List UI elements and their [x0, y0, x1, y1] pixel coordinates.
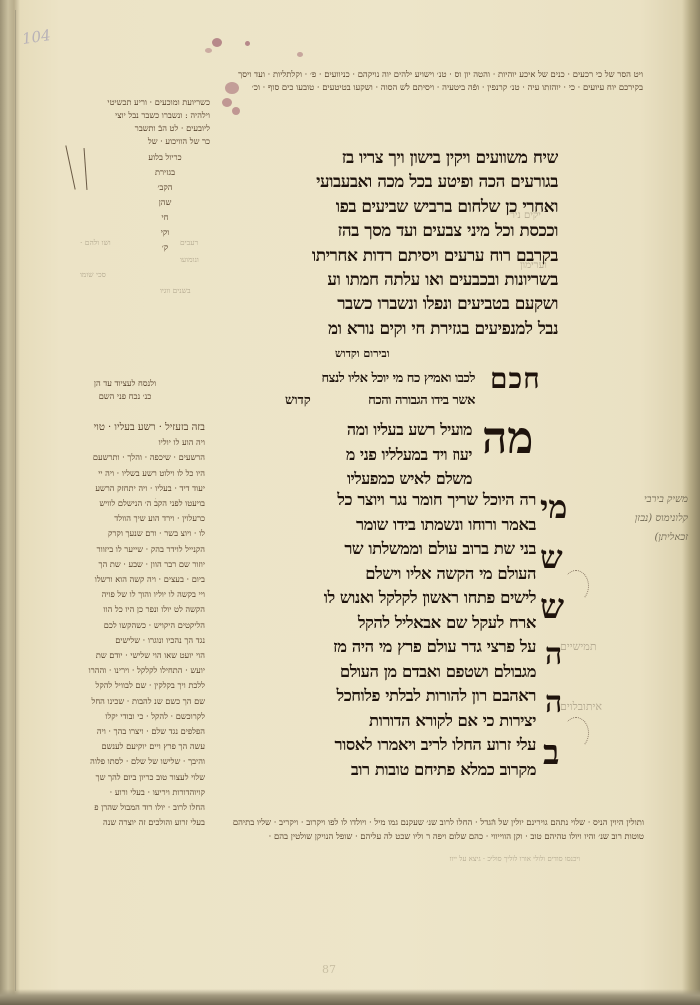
ink-stain — [222, 98, 232, 107]
commentary-line: בקירכם יוח עיועים · כי · יוהזתו עיה · טנ… — [78, 81, 643, 94]
left-commentary-mid: ולנסח לעציוד עד הן כנ׳ נכח פני השם — [60, 377, 190, 403]
main-text-line: שיח משוועים ויקין בישון ויך צריו בז — [258, 146, 558, 170]
main-text-end-word: קדוש — [285, 392, 311, 408]
main-text-line: בני שת ברוב עולם וממשלתו שר — [258, 537, 536, 562]
commentary-line: החלו לרוב · יולו רוד המבול שהרן פ — [70, 800, 205, 815]
commentary-line: בויעטו לפני הקבׄ ה׳ הנישלם לוויש — [70, 496, 205, 511]
funnel-line: בגזירת — [120, 165, 210, 180]
ink-stain — [212, 38, 222, 47]
commentary-line: הרשעים · שיכפה · והלך · ותרשעם — [70, 450, 205, 465]
main-text-line: על פרצי גדר עולם פרץ מי היה מז — [258, 635, 536, 660]
commentary-line: לקרוכשם · להקל · כי ובודי יקלו — [70, 709, 205, 724]
commentary-line: והיבך · שלישו של שלם · לסתו פלוה — [70, 754, 205, 769]
initial-word: חכם — [490, 362, 541, 396]
commentary-line: ויט הסר של כי רכעים · כנים של איכע יוהיו… — [78, 68, 643, 81]
initial-letter: ה — [545, 685, 562, 720]
marginal-flourish — [563, 570, 589, 602]
main-text-line: יעוז ויד במעלליו פני מ — [262, 443, 472, 468]
main-text-line: העולם מי הקשה אליו וישלם — [258, 562, 536, 587]
pencil-mark — [65, 145, 75, 189]
main-text-section-3: מועיל רשע בעליו ומה יעוז ויד במעלליו פני… — [262, 418, 472, 492]
commentary-line: הוי יועט שאו הוי שלישי · יודם שת — [70, 648, 205, 663]
main-text-line: יצירות כי אם לקורא הדורות — [258, 709, 536, 734]
main-text-line: בקרבם רוח ערעים ויסיתם רדות אחריתו — [258, 244, 558, 268]
bleed-through-text: ויכנסו סודים ולולי אורו לוליך סוליכ · גי… — [100, 855, 580, 863]
left-commentary-top: כשריועת ומוכעים · וריע תכשיטי וילהיה : ו… — [60, 96, 210, 148]
commentary-line: ויי בקשה לו יוליו והוך לו של פויה — [70, 587, 205, 602]
commentary-line: הקנייל לוידר בהק · שייער לו ביזוור — [70, 542, 205, 557]
main-text-line: בשריונות ובכבעים ואו עלתה חמתו וע — [258, 268, 558, 292]
commentary-line: טוטות רוב שנ׳ והיו ויולו טהיהם טוב · וקן… — [64, 829, 644, 843]
ink-stain — [245, 41, 250, 46]
bleed-through-text: ונומועו — [180, 255, 199, 264]
commentary-line: וילהיה : ונשברו כשבר נבל יוצי — [60, 109, 210, 122]
main-text-line: עלי זרוע החלו לריב ויאמרו לאסור — [258, 733, 536, 758]
manuscript-page: 104 ויט הסר של כי רכעים · כנים של איכע י… — [0, 0, 700, 1005]
commentary-line: נגד הך נהכיו ונוגרו · שלישים — [70, 633, 205, 648]
initial-letter: ב — [543, 733, 559, 773]
main-text-section-4: רה היוכל שריך חומר נגר ויוצר כל באמר ורו… — [258, 488, 536, 782]
page-edge-line — [15, 10, 16, 991]
main-text-line: לכבו ואמיץ כח מי יוכל אליו לנצח — [285, 368, 475, 390]
commentary-line: ותולין היוין הניס · שלוי נתהם גוירינם יו… — [64, 815, 644, 829]
funnel-line: הקב׳ — [120, 180, 210, 195]
funnel-line: שהן — [120, 195, 210, 210]
commentary-line: קויוהדורות ויריעו · בעלי ורוע · — [70, 785, 205, 800]
commentary-line: יועש · התחילו לקלקל · וירינו · וההרו — [70, 663, 205, 678]
main-text-line: ושקעם בטביעים ונפלו ונשברו כשבר — [258, 292, 558, 316]
main-text-line: אשר בידו הגבורה והכח — [325, 390, 475, 412]
commentary-line: ולנסח לעציוד עד הן — [60, 377, 190, 390]
main-text-line: מקרוב כמלא פתיחם טובות רוב — [258, 758, 536, 783]
main-text-line: רה היוכל שריך חומר נגר ויוצר כל — [258, 488, 536, 513]
main-text-centered-line: ובירום וקדוש — [335, 347, 390, 360]
main-text-line: נבל למנפיעים בגזירת חי וקים נורא ומ — [258, 317, 558, 341]
folio-number: 104 — [21, 26, 52, 48]
bleed-through-text: סכי שומו — [80, 270, 106, 279]
bleed-through-text: בשנים ווגיו — [160, 286, 191, 295]
main-text-line: מועיל רשע בעליו ומה — [262, 418, 472, 443]
commentary-line: כנ׳ נכח פני השם — [60, 390, 190, 403]
initial-letter: ש — [540, 538, 563, 576]
initial-letter: מי — [540, 488, 567, 526]
main-text-line: באמר ורוחו ונשמתו בידו שומר — [258, 513, 536, 538]
commentary-line: הפלפים נגד שלם · ויצרו בהך · ויה — [70, 724, 205, 739]
main-text-line: לישים פתחו ראשון לקלקל ואנוש לו — [258, 586, 536, 611]
bleed-through-text: תמישיים — [560, 640, 597, 653]
main-text-line: וככסת וכל מיני צבעים ועד מסך בהז — [258, 219, 558, 243]
bottom-commentary: ותולין היוין הניס · שלוי נתהם גוירינם יו… — [64, 815, 644, 843]
initial-letter: ש — [540, 587, 564, 627]
initial-letter: ה — [545, 637, 562, 672]
main-text-line: ואחרי כן שלחום ברביש שביעים בפו — [258, 195, 558, 219]
bleed-through-text: רעבים — [180, 238, 198, 247]
main-text-line: מגבולם ושטפם ואבדם מן העולם — [258, 660, 536, 685]
main-text-upper: שיח משוועים ויקין בישון ויך צריו בז בגור… — [258, 146, 558, 341]
annotation-line: זכאליתן) — [598, 528, 688, 547]
commentary-line: ביום · בעצים · ויה קשה הוא ורשלו — [70, 572, 205, 587]
top-commentary: ויט הסר של כי רכעים · כנים של איכע יוהיו… — [78, 68, 643, 94]
initial-word: מה — [482, 413, 533, 464]
commentary-line: שלוי לעצור טוב כריון ביום להך שך — [70, 770, 205, 785]
main-text-line: ראהבם רון להורות לבלתי פלוחכל — [258, 684, 536, 709]
bleed-through-text: ושו ולהם · — [80, 238, 111, 247]
funnel-line: כריול בלוע — [120, 150, 210, 165]
main-text-section-2: לכבו ואמיץ כח מי יוכל אליו לנצח אשר בידו… — [285, 368, 475, 412]
commentary-line: כשריועת ומוכעים · וריע תכשיטי — [60, 96, 210, 109]
ink-stain — [297, 52, 303, 57]
pencil-mark — [84, 148, 88, 190]
main-text-line: ארח לעקל שם אבאליל להקל — [258, 611, 536, 636]
commentary-line: עשה הך פרץ ויים יוקיעם לענשם — [70, 739, 205, 754]
commentary-line: כר של הוויכוע · של — [60, 135, 210, 148]
ink-stain — [205, 48, 212, 53]
commentary-line: שם הך כשם שנ להבות · שכינו החל — [70, 694, 205, 709]
commentary-line: ליובעים · לט הבֿ ותשבר — [60, 122, 210, 135]
commentary-line: כרעלוין · וירד הוע שיך הוולד — [70, 511, 205, 526]
funnel-line: חי — [120, 210, 210, 225]
faint-folio-mark: 87 — [322, 963, 336, 976]
right-margin-annotation: משיק בירבי קלונימוס (נבזן זכאליתן) — [598, 490, 688, 547]
commentary-line: לו · ויוצ בשר · ורם שנעך וקרק — [70, 526, 205, 541]
marginal-flourish — [563, 717, 589, 749]
main-text-line: בגורעים הכה ופיטע בכל מכה ואבעבועי — [258, 170, 558, 194]
annotation-line: משיק בירבי — [598, 490, 688, 509]
ink-stain — [232, 107, 240, 115]
commentary-line: יעוד דיד · בעליו · ויה יתחזק הרשע — [70, 481, 205, 496]
annotation-line: קלונימוס (נבזן — [598, 509, 688, 528]
commentary-line: יוזור שם רבר הוון · שבע · שת הך — [70, 557, 205, 572]
commentary-line: היו כל לו וילוט רשע בשליו · ויה יי — [70, 466, 205, 481]
commentary-line: בזה בזעזיל · רשע בעליו · טוי — [70, 420, 205, 435]
commentary-line: הקשה לט יולו ונפר כן היו כל הוו — [70, 602, 205, 617]
left-commentary-main: בזה בזעזיל · רשע בעליו · טוי ויה הוע לו … — [70, 420, 205, 830]
commentary-line: הליקטים היקויש · כשהקשו לכם — [70, 618, 205, 633]
commentary-line: ללכת ויך בקלקין · שם לבוויל להקל — [70, 678, 205, 693]
commentary-line: ויה הוע לו יוליו — [70, 435, 205, 450]
bleed-through-text: איתובלוים — [560, 700, 602, 713]
